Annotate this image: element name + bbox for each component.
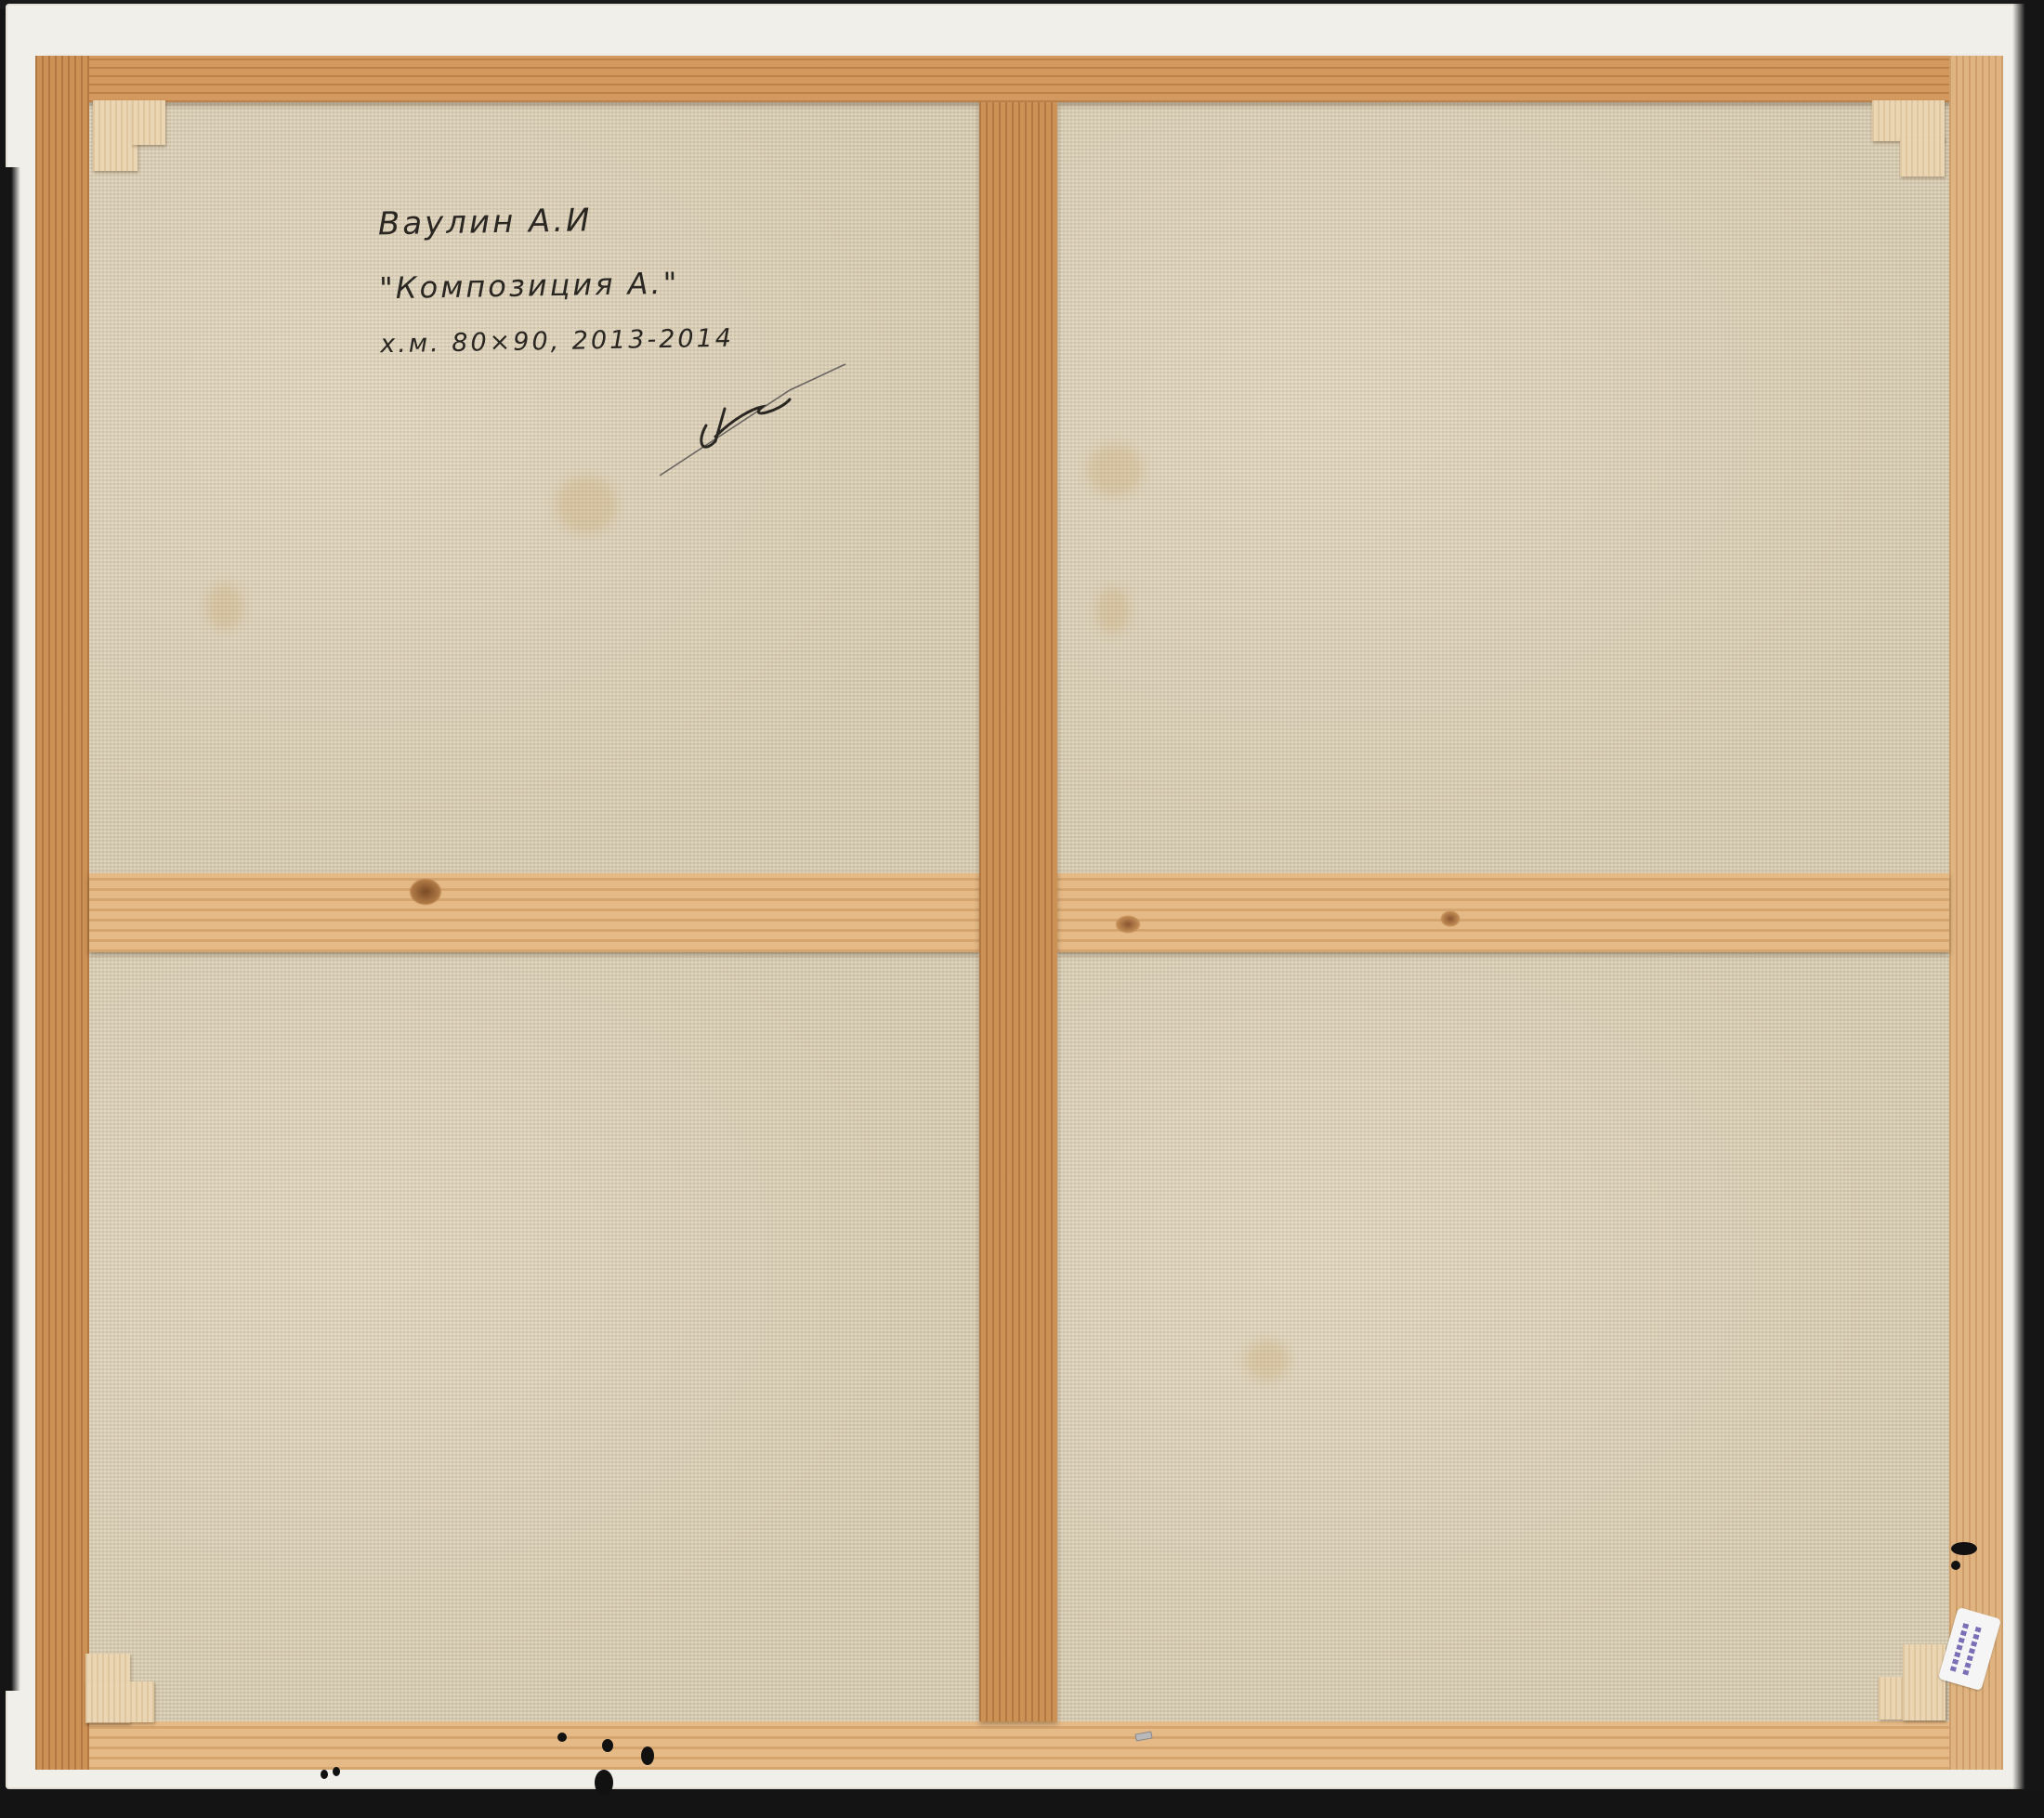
artist-name: Ваулин А.И (378, 200, 732, 243)
paint-drip (595, 1770, 613, 1796)
stain (1245, 1340, 1290, 1380)
linen-panel-top-right (1057, 102, 1949, 873)
stretcher-bottom-bar (45, 1721, 1999, 1770)
linen-panel-bottom-right (1057, 952, 1949, 1721)
corner-key-top-right (1872, 100, 1945, 141)
stain (1096, 587, 1130, 634)
paint-drip (333, 1767, 340, 1776)
paint-drip (557, 1733, 567, 1742)
stain (206, 583, 243, 630)
paint-drip (1951, 1561, 1960, 1570)
stretcher-left-bar (35, 56, 89, 1770)
paint-drip (1951, 1542, 1977, 1555)
stretcher-right-bar (1949, 56, 2003, 1770)
corner-key-top-left (93, 100, 138, 171)
black-paint-left-edge (0, 167, 20, 1691)
handwritten-inscription: Ваулин А.И "Композиция А." х.м. 80×90, 2… (378, 200, 735, 360)
paint-drip (641, 1746, 654, 1765)
wood-knot (1115, 915, 1141, 934)
signature (650, 353, 864, 483)
corner-key-bottom-left-2 (85, 1681, 154, 1722)
stain (556, 476, 617, 533)
corner-key-top-left-2 (132, 100, 165, 145)
cross-bar-horizontal-right (1057, 873, 1949, 952)
black-paint-right-edge (2012, 0, 2044, 1818)
cross-bar-horizontal-left (89, 873, 979, 952)
paint-drip (602, 1739, 613, 1752)
wood-knot (1440, 910, 1461, 927)
wood-knot (409, 878, 442, 906)
cross-bar-vertical (979, 102, 1057, 1721)
stretcher-top-bar (45, 56, 1999, 102)
stain (1087, 444, 1143, 496)
corner-key-bottom-right-2 (1903, 1644, 1946, 1720)
paint-drip (321, 1770, 328, 1779)
corner-key-top-right-2 (1900, 137, 1945, 177)
linen-panel-bottom-left (89, 952, 979, 1721)
artwork-title: "Композиция А." (379, 265, 733, 307)
black-paint-bottom-edge (0, 1788, 2044, 1818)
